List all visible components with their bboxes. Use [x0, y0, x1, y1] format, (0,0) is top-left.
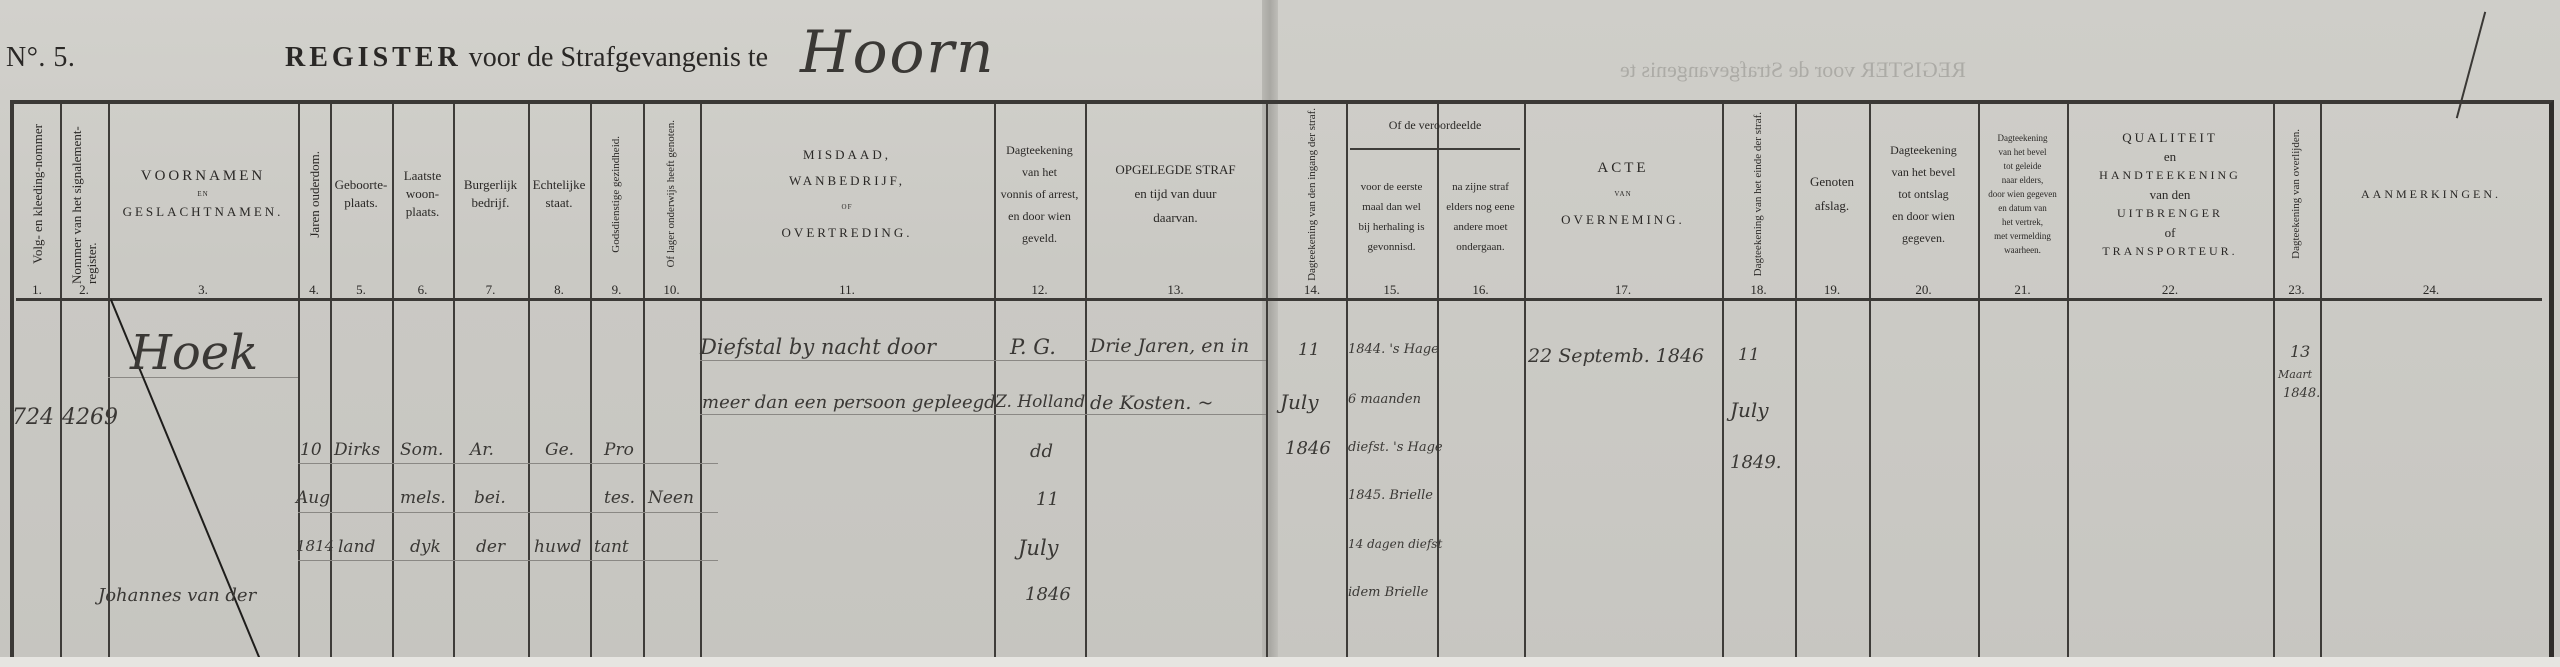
entry-age: Aug — [296, 488, 330, 508]
col-header-11: MISDAAD, WANBEDRIJF, OF OVERTREDING. — [700, 104, 994, 284]
guide-line — [298, 512, 718, 513]
col-number: 19. — [1795, 282, 1869, 298]
entry-death-date: Maart — [2278, 368, 2312, 381]
col-number: 16. — [1437, 282, 1524, 298]
entry-death-date: 13 — [2290, 342, 2310, 361]
col-header-4: Jaren ouderdom. — [298, 104, 330, 284]
entry-marital: Ge. — [545, 440, 574, 460]
entry-age: 10 — [300, 440, 322, 460]
col-number: 8. — [528, 282, 590, 298]
col-header-5: Geboorte-plaats. — [330, 104, 392, 284]
register-title-rest: voor de Strafgevangenis te — [469, 42, 768, 73]
col-header-2: Nommer van het signalement-register. — [60, 104, 108, 284]
col-header-22: QUALITEITenHANDTEEKENINGvan denUITBRENGE… — [2067, 104, 2273, 284]
entry-start-date: 11 — [1298, 340, 1320, 360]
entry-residence: mels. — [400, 488, 446, 508]
entry-age: 1814 — [296, 537, 334, 555]
entry-given-names: Johannes van der — [98, 585, 256, 606]
col-divider — [1266, 104, 1268, 660]
entry-judgment: 11 — [1036, 489, 1059, 510]
entry-acte-overneming: 22 Septemb. 1846 — [1528, 345, 1704, 367]
entry-end-date: 1849. — [1730, 452, 1782, 473]
col-number: 18. — [1722, 282, 1795, 298]
prison-place-handwritten: Hoorn — [800, 18, 996, 86]
entry-religion: Pro — [604, 440, 634, 460]
col-header-14: Dagteekening van den ingang der straf. — [1278, 104, 1346, 284]
entry-death-date: 1848. — [2283, 386, 2320, 401]
entry-judgment: P. G. — [1010, 335, 1056, 359]
entry-marital: huwd — [534, 537, 581, 557]
entry-sentence: de Kosten. ~ — [1090, 392, 1213, 414]
guide-line — [298, 560, 718, 561]
guide-line — [298, 463, 718, 464]
col-number: 23. — [2273, 282, 2320, 298]
col-number: 6. — [392, 282, 453, 298]
entry-crime: meer dan een persoon gepleegd — [702, 392, 996, 413]
entry-religion: tes. — [604, 488, 635, 508]
header-bottom-rule — [16, 298, 2542, 301]
col-number: 20. — [1869, 282, 1978, 298]
col-header-17: ACTEVANOVERNEMING. — [1524, 104, 1722, 284]
bleed-through-title: REGISTER voor de Strafgevangenis te — [1620, 57, 1966, 83]
entry-occupation: der — [476, 537, 505, 557]
entry-start-date: 1846 — [1285, 438, 1331, 459]
entry-religion: tant — [594, 537, 629, 557]
entry-surname: Hoek — [130, 325, 258, 381]
entry-judgment: July — [1018, 536, 1059, 560]
col-number: 4. — [298, 282, 330, 298]
col-number: 11. — [700, 282, 994, 298]
entry-sentence: Drie Jaren, en in — [1090, 335, 1249, 357]
col-number: 2. — [60, 282, 108, 298]
col-number: 21. — [1978, 282, 2067, 298]
page-bottom-edge — [0, 657, 2560, 667]
col-header-3: VOORNAMEN EN GESLACHTNAMEN. — [108, 104, 298, 284]
col-number: 12. — [994, 282, 1085, 298]
col-number: 9. — [590, 282, 643, 298]
entry-end-date: July — [1730, 398, 1769, 422]
col-header-9: Godsdienstige gezindheid. — [590, 104, 643, 284]
guide-line — [700, 360, 1266, 361]
col-header-8: Echtelijkestaat. — [528, 104, 590, 284]
col-number: 22. — [2067, 282, 2273, 298]
guide-line — [700, 414, 1266, 415]
register-title: REGISTER voor de Strafgevangenis te — [285, 42, 768, 74]
entry-judgment: Z. Holland — [995, 392, 1085, 412]
col-number: 17. — [1524, 282, 1722, 298]
entry-recidive: 6 maanden — [1348, 392, 1421, 407]
col-header-15: voor de eerstemaal dan welbij herhaling … — [1346, 150, 1437, 284]
entry-start-date: July — [1280, 390, 1319, 414]
col-number: 24. — [2320, 282, 2542, 298]
register-title-bold: REGISTER — [285, 42, 462, 73]
col-number: 5. — [330, 282, 392, 298]
entry-birthplace: land — [338, 537, 375, 557]
col-header-1: Volg- en kleeding-nommer — [14, 104, 60, 284]
entry-occupation: Ar. — [470, 440, 494, 460]
entry-signalement-nommer: 4269 — [62, 405, 118, 430]
entry-education: Neen — [648, 488, 694, 508]
entry-residence: Som. — [400, 440, 443, 460]
col-header-18: Dagteekening van het einde der straf. — [1722, 104, 1795, 284]
col-number: 3. — [108, 282, 298, 298]
entry-residence: dyk — [410, 537, 441, 557]
col-header-21: Dagteekeningvan het beveltot geleidenaar… — [1978, 104, 2067, 284]
entry-occupation: bei. — [474, 488, 506, 508]
col-header-19: Genotenafslag. — [1795, 104, 1869, 284]
col-number: 14. — [1278, 282, 1346, 298]
col-header-12: Dagteekeningvan hetvonnis of arrest,en d… — [994, 104, 1085, 284]
col-header-24: AANMERKINGEN. — [2320, 104, 2542, 284]
col-header-6: Laatstewoon-plaats. — [392, 104, 453, 284]
entry-recidive: 14 dagen diefst — [1348, 537, 1442, 551]
col-header-10: Of lager onderwijs heeft genoten. — [643, 104, 700, 284]
col-number: 1. — [14, 282, 60, 298]
col-header-7: Burgerlijkbedrijf. — [453, 104, 528, 284]
entry-recidive: diefst. 's Hage — [1348, 440, 1443, 455]
col-number: 13. — [1085, 282, 1266, 298]
col-number: 15. — [1346, 282, 1437, 298]
register-number: N°. 5. — [6, 42, 75, 74]
col-number: 7. — [453, 282, 528, 298]
entry-birthplace: Dirks — [334, 440, 380, 460]
entry-recidive: 1845. Brielle — [1348, 488, 1433, 503]
entry-recidive: 1844. 's Hage — [1348, 342, 1439, 357]
col-number: 10. — [643, 282, 700, 298]
col-header-23: Dagteekening van overlijden. — [2273, 104, 2320, 284]
entry-volg-nommer: 724 — [12, 405, 54, 430]
entry-crime: Diefstal by nacht door — [700, 335, 936, 359]
col-header-13: OPGELEGDE STRAFen tijd van duurdaarvan. — [1085, 104, 1266, 284]
entry-end-date: 11 — [1738, 345, 1760, 365]
col-header-16: na zijne strafelders nog eeneandere moet… — [1437, 150, 1524, 284]
entry-judgment: dd — [1030, 441, 1053, 462]
col-header-20: Dagteekeningvan het beveltot ontslagen d… — [1869, 104, 1978, 284]
entry-judgment: 1846 — [1025, 584, 1071, 605]
entry-recidive: idem Brielle — [1348, 585, 1428, 600]
